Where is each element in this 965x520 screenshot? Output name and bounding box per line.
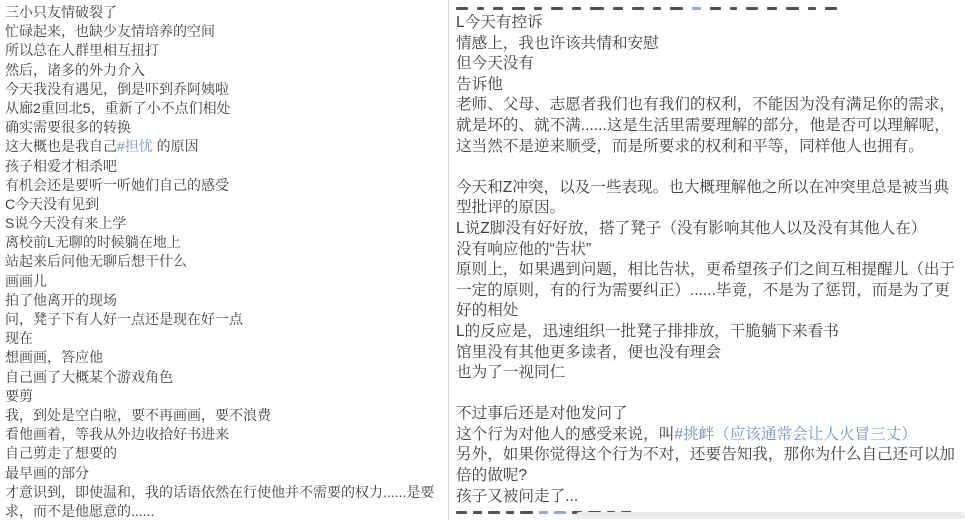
clipped-glyph-fragment xyxy=(506,511,514,514)
clipped-glyph-fragment xyxy=(632,7,644,10)
clipped-text-line-top xyxy=(456,0,959,10)
text-line: 好的相处 xyxy=(456,301,959,322)
clipped-glyph-fragment xyxy=(670,7,683,10)
text-line: 没有响应他的“告状” xyxy=(456,240,959,261)
text-line: 我，到处是空白啦，要不再画画，要不浪费 xyxy=(5,406,446,425)
text-line: L今天有控诉 xyxy=(456,13,959,34)
text-line: 最早画的部分 xyxy=(5,464,446,483)
text-line: 想画画，答应他 xyxy=(5,348,446,367)
text-line: 一定的原则，有的行为需要纠正）......毕竟，不是为了惩罚，而是为了更 xyxy=(456,281,959,302)
text-line: 这当然不是逆来顺受，而是所要求的权利和平等，同样他人也拥有。 xyxy=(456,137,959,158)
clipped-glyph-fragment xyxy=(767,7,777,10)
clipped-glyph-fragment xyxy=(613,7,623,10)
text-line: 今天和Z冲突，以及一些表现。也大概理解他之所以在冲突里总是被当典 xyxy=(456,178,959,199)
text-line xyxy=(456,157,959,178)
clipped-glyph-fragment xyxy=(710,7,721,10)
clipped-glyph-fragment xyxy=(512,7,525,10)
clipped-glyph-fragment xyxy=(653,7,661,10)
text-line: 馆里没有其他更多读者，便也没有理会 xyxy=(456,343,959,364)
clipped-glyph-fragment xyxy=(730,7,737,10)
text-line: 告诉他 xyxy=(456,75,959,96)
text-line: 这大概也是我自己#担忧 的原因 xyxy=(5,137,446,156)
clipped-glyph-fragment xyxy=(825,7,837,10)
text-line: 不过事后还是对他发问了 xyxy=(456,404,959,425)
clipped-glyph-fragment xyxy=(456,511,467,514)
text-line: 有机会还是要听一听她们自己的感受 xyxy=(5,176,446,195)
right-page-lines: L今天有控诉情感上，我也许该共情和安慰但今天没有告诉他老师、父母、志愿者我们也有… xyxy=(456,13,959,507)
text-line: 忙碌起来，也缺少友情培养的空间 xyxy=(5,22,446,41)
clipped-glyph-fragment xyxy=(539,511,548,514)
clipped-glyph-fragment xyxy=(572,7,581,10)
text-segment: 这大概也是我自己 xyxy=(5,138,117,154)
text-line: 型批评的原因。 xyxy=(456,198,959,219)
text-line: 三小只友情破裂了 xyxy=(5,3,446,22)
text-line: 这个行为对他人的感受来说，叫#挑衅（应该通常会让人火冒三丈） xyxy=(456,425,959,446)
text-line: 自己画了大概某个游戏角色 xyxy=(5,368,446,387)
text-line: 原则上，如果遇到问题，相比告状，更希望孩子们之间互相提醒儿（出于 xyxy=(456,260,959,281)
text-line: 从廊2重回北5，重新了小不点们相处 xyxy=(5,99,446,118)
clipped-glyph-fragment xyxy=(456,7,468,10)
clipped-glyph-fragment xyxy=(493,7,503,10)
text-line: 另外，如果你觉得这个行为不对，还要告知我，那你为什么自己还可以加 xyxy=(456,445,959,466)
text-line: 也为了一视同仁 xyxy=(456,363,959,384)
text-line: 就是坏的、就不满......这是生活里需要理解的部分，他是否可以理解呢， xyxy=(456,116,959,137)
text-line: 问，凳子下有人好一点还是现在好一点 xyxy=(5,310,446,329)
horizontal-scrollbar[interactable] xyxy=(576,512,965,519)
text-line: 情感上，我也许该共情和安慰 xyxy=(456,34,959,55)
text-line: 倍的做呢? xyxy=(456,466,959,487)
text-line: 站起来后问他无聊后想干什么 xyxy=(5,252,446,271)
text-line: S说今天没有来上学 xyxy=(5,214,446,233)
text-line: 孩子相爱才相杀吧 xyxy=(5,157,446,176)
text-line: 今天我没有遇见，倒是吓到乔阿姨啦 xyxy=(5,80,446,99)
text-line: 要剪 xyxy=(5,387,446,406)
text-line: 画画儿 xyxy=(5,272,446,291)
clipped-glyph-fragment xyxy=(520,511,533,514)
text-line: 求，而不是他愿意的...... xyxy=(5,502,446,520)
right-page-text: L今天有控诉情感上，我也许该共情和安慰但今天没有告诉他老师、父母、志愿者我们也有… xyxy=(456,0,959,507)
hashtag-topic-link[interactable]: #担忧 xyxy=(117,138,153,154)
text-line: 自己剪走了想要的 xyxy=(5,444,446,463)
text-line: 拍了他离开的现场 xyxy=(5,291,446,310)
clipped-glyph-fragment xyxy=(551,7,563,10)
clipped-glyph-fragment xyxy=(488,511,500,514)
text-line: 所以总在人群里相互扭打 xyxy=(5,41,446,60)
page-divider xyxy=(448,0,449,520)
clipped-glyph-fragment xyxy=(808,7,816,10)
text-line: 看他画着，等我从外边收拾好书进来 xyxy=(5,425,446,444)
text-segment: 的原因 xyxy=(153,138,199,154)
clipped-glyph-fragment xyxy=(554,511,566,514)
clipped-glyph-fragment xyxy=(746,7,758,10)
text-line: 然后，诸多的外力介入 xyxy=(5,61,446,80)
text-line: 老师、父母、志愿者我们也有我们的权利，不能因为没有满足你的需求， xyxy=(456,95,959,116)
text-line: 离校前L无聊的时候躺在地上 xyxy=(5,233,446,252)
text-line: L的反应是，迅速组织一批凳子排排放，干脆躺下来看书 xyxy=(456,322,959,343)
text-line: 孩子又被问走了... xyxy=(456,487,959,508)
text-line: C今天没有见到 xyxy=(5,195,446,214)
clipped-glyph-fragment xyxy=(473,511,482,514)
clipped-glyph-fragment xyxy=(477,7,484,10)
text-line: 确实需要很多的转换 xyxy=(5,118,446,137)
left-page-text: 三小只友情破裂了忙碌起来，也缺少友情培养的空间所以总在人群里相互扭打然后，诸多的… xyxy=(5,3,446,520)
clipped-glyph-fragment xyxy=(590,7,604,10)
reader-page: 三小只友情破裂了忙碌起来，也缺少友情培养的空间所以总在人群里相互扭打然后，诸多的… xyxy=(0,0,965,520)
text-segment: 这个行为对他人的感受来说，叫 xyxy=(456,426,674,443)
text-line: 现在 xyxy=(5,329,446,348)
text-line xyxy=(456,384,959,405)
hashtag-topic-link[interactable]: #挑衅（应该通常会让人火冒三丈） xyxy=(674,426,917,443)
clipped-glyph-fragment xyxy=(534,7,542,10)
text-line: 但今天没有 xyxy=(456,54,959,75)
text-line: 才意识到，即使温和，我的话语依然在行使他并不需要的权力......是要 xyxy=(5,483,446,502)
text-line: L说Z脚没有好好放，搭了凳子（没有影响其他人以及没有其他人在） xyxy=(456,219,959,240)
clipped-glyph-fragment xyxy=(786,7,799,10)
clipped-glyph-fragment xyxy=(692,7,701,10)
